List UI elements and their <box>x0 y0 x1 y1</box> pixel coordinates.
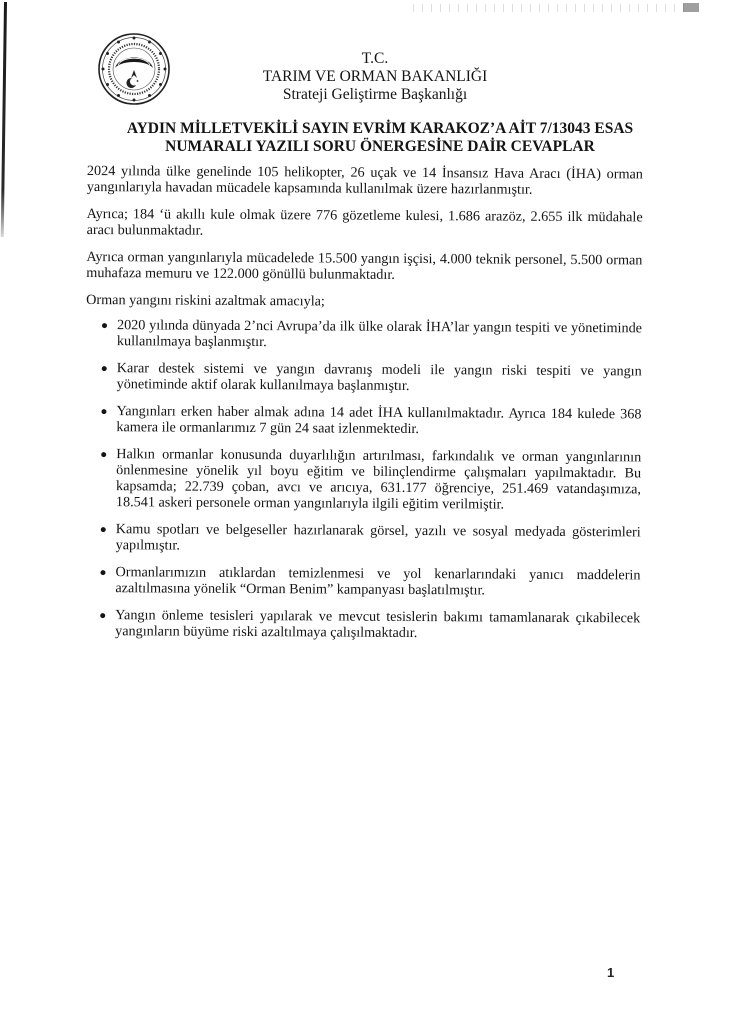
bullet-icon <box>102 366 107 371</box>
scan-noise-artifact <box>409 4 689 12</box>
bullet-icon <box>101 527 106 532</box>
list-item: Karar destek sistemi ve yangın davranış … <box>86 360 642 395</box>
list-item-text: 2020 yılında dünyada 2’nci Avrupa’da ilk… <box>117 317 642 350</box>
list-item: Yangın önleme tesisleri yapılarak ve mev… <box>84 607 640 642</box>
list-item: Ormanlarımızın atıklardan temizlenmesi v… <box>84 564 640 599</box>
paragraph-personnel: Ayrıca orman yangınlarıyla mücadelede 15… <box>86 249 642 284</box>
list-item: Kamu spotları ve belgeseller hazırlanara… <box>85 521 641 556</box>
paragraph-towers-vehicles: Ayrıca; 184 ‘ü akıllı kule olmak üzere 7… <box>87 206 643 241</box>
ministry-seal-icon <box>97 32 171 106</box>
list-item: Yangınları erken haber almak adına 14 ad… <box>85 403 641 438</box>
bullet-icon <box>101 452 106 457</box>
letterhead-department: Strateji Geliştirme Başkanlığı <box>210 86 540 104</box>
document-body: 2024 yılında ülke genelinde 105 helikopt… <box>84 163 643 653</box>
document-title: AYDIN MİLLETVEKİLİ SAYIN EVRİM KARAKOZ’A… <box>105 120 655 156</box>
bullet-icon <box>100 570 105 575</box>
title-line-2: NUMARALI YAZILI SORU ÖNERGESİNE DAİR CEV… <box>105 138 655 156</box>
list-item-text: Karar destek sistemi ve yangın davranış … <box>117 360 642 394</box>
letterhead-ministry: TARIM VE ORMAN BAKANLIĞI <box>210 68 540 86</box>
list-item-text: Halkın ormanlar konusunda duyarlılığın a… <box>116 446 641 512</box>
scan-edge-artifact <box>1 2 7 237</box>
list-item-text: Yangın önleme tesisleri yapılarak ve mev… <box>115 607 640 641</box>
letterhead: T.C. TARIM VE ORMAN BAKANLIĞI Strateji G… <box>210 50 540 104</box>
list-item-text: Yangınları erken haber almak adına 14 ad… <box>116 403 641 437</box>
bullet-icon <box>101 409 106 414</box>
paragraph-intro-list: Orman yangını riskini azaltmak amacıyla; <box>86 292 642 311</box>
bullet-icon <box>100 613 105 618</box>
list-item-text: Ormanlarımızın atıklardan temizlenmesi v… <box>115 564 640 598</box>
letterhead-country: T.C. <box>210 50 540 68</box>
list-item-text: Kamu spotları ve belgeseller hazırlanara… <box>116 521 641 553</box>
scan-mark-artifact <box>683 3 699 12</box>
list-item: Halkın ormanlar konusunda duyarlılığın a… <box>85 446 641 513</box>
bullet-icon <box>102 323 107 328</box>
list-item: 2020 yılında dünyada 2’nci Avrupa’da ilk… <box>86 317 642 352</box>
paragraph-aerial-assets: 2024 yılında ülke genelinde 105 helikopt… <box>87 163 643 198</box>
measures-list: 2020 yılında dünyada 2’nci Avrupa’da ilk… <box>84 317 642 642</box>
page-number: 1 <box>607 965 614 980</box>
title-line-1: AYDIN MİLLETVEKİLİ SAYIN EVRİM KARAKOZ’A… <box>105 120 655 138</box>
